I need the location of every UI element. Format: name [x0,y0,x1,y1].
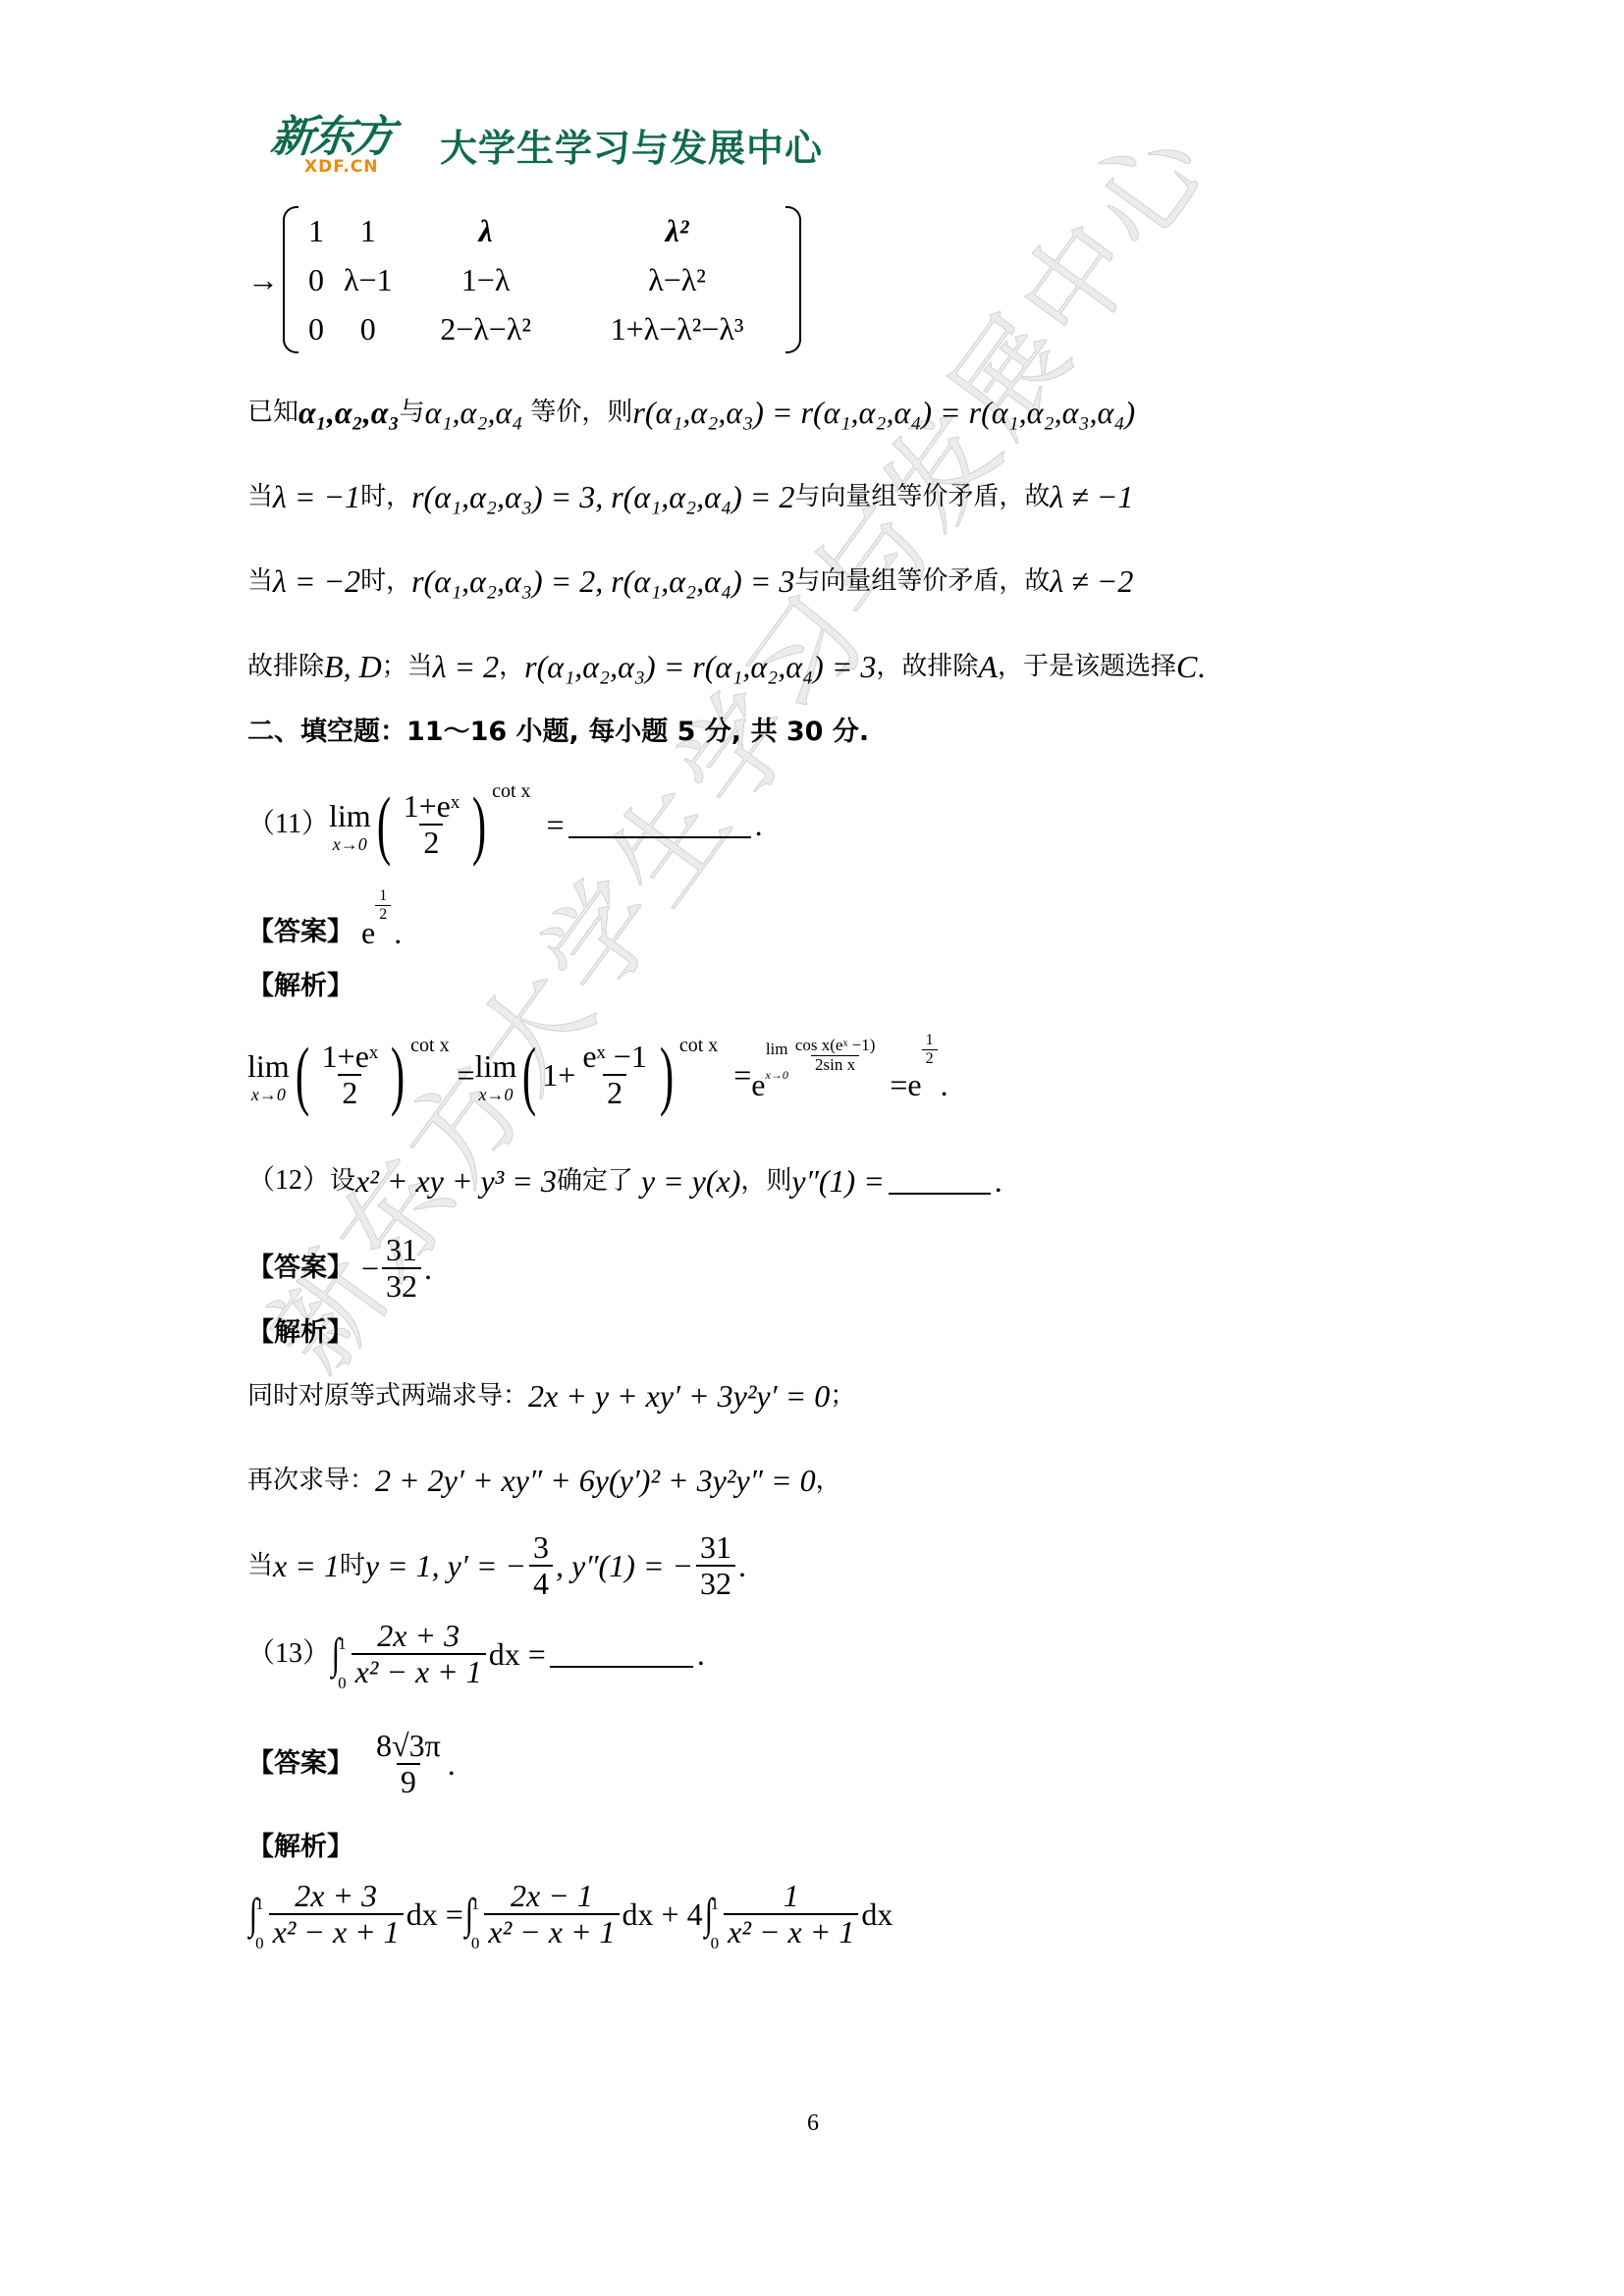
exponent: cot x [410,1026,449,1065]
text: 时， [360,477,411,516]
formula: dx = [406,1895,463,1934]
text: . [394,913,402,952]
fraction: 1 x² − x + 1 [724,1879,858,1949]
text: ，则 [740,1161,791,1201]
text: e [751,1065,765,1104]
analysis-label: 【解析】 [247,1313,353,1353]
text: 等价，则 [530,393,632,432]
equals: = [458,1055,475,1095]
equals: = [547,805,565,844]
formula: 2x + y + xy′ + 3y²y′ = 0 [528,1376,830,1415]
matrix-cell: 2−λ−λ² [403,304,569,353]
fraction: 31 32 [696,1530,735,1601]
q12-analysis-label: 【解析】 [247,1313,353,1353]
matrix-row: 1 1 λ λ² [298,206,785,255]
fraction: 2x + 3 x² − x + 1 [269,1879,404,1949]
text: 确定了 [557,1161,633,1201]
section-title: 二、填空题：11～16 小题, 每小题 5 分, 共 30 分. [247,713,869,752]
text: 时 [340,1546,365,1585]
text: . [424,1249,432,1288]
exponent: cot x [492,772,530,811]
fraction: 1+eˣ 2 [318,1040,383,1110]
question-11: （11） lim x→0 ( 1+eˣ 2 ) cot x = . [247,775,763,874]
matrix-cell: 1 [334,206,403,255]
text: 已知 [247,393,298,432]
right-paren: ) [391,1037,405,1113]
numerator: 31 [382,1233,421,1267]
limit: lim x→0 [475,1046,517,1103]
formula: y = y(x) [641,1161,741,1201]
fraction: 3 4 [529,1530,553,1601]
numerator: 1+eˣ [318,1040,383,1074]
denominator: 32 [696,1565,735,1601]
denominator: 2 [419,824,443,860]
numerator: 1 [922,1032,938,1049]
header-title: 大学生学习与发展中心 [440,118,823,172]
fraction: eˣ −1 2 [578,1040,651,1110]
text: 设 [330,1161,355,1201]
formula: C [1176,647,1197,686]
conclusion-line: 故排除 B, D ；当 λ = 2 ， r(α₁,α₂,α₃) = r(α₁,α… [247,647,1205,686]
xdf-logo-mark: 新东方 XDF.CN [271,114,418,177]
integral-icon: ∫ [465,1895,473,1934]
logo-english: XDF.CN [304,157,379,177]
text: ，于是该题选择 [998,647,1176,686]
fraction: 8√3π 9 [372,1729,445,1799]
numerator: eˣ −1 [578,1040,651,1074]
limit: lim x→0 [766,1030,788,1081]
lim-subscript: x→0 [766,1069,788,1081]
text: 与 [400,393,425,432]
text: ； [830,1376,855,1415]
numerator: cos x(eˣ −1) [791,1037,880,1055]
answer-label: 【答案】 [247,1744,353,1784]
formula: r(α₁,α₂,α₃) = 2, r(α₁,α₂,α₄) = 3 [411,561,794,601]
matrix-cell: λ−1 [334,255,403,304]
numerator: 2x + 3 [373,1619,463,1653]
text: 时， [360,561,411,601]
analysis-label: 【解析】 [247,967,353,1006]
fraction: cos x(eˣ −1) 2sin x [791,1037,880,1074]
right-paren: ) [472,786,486,863]
q13-analysis-label: 【解析】 [247,1828,353,1867]
text: ；当 [382,647,433,686]
logo-chinese: 新东方 [268,114,420,161]
question-number: （12） [247,1161,330,1201]
text: 再次求导： [247,1461,375,1500]
formula: dx + 4 [623,1895,703,1934]
matrix-cell: 1 [298,206,334,255]
q11-solution: lim x→0 ( 1+eˣ 2 ) cot x = lim x→0 ( 1+ … [247,1026,948,1124]
answer-label: 【答案】 [247,1249,353,1288]
fraction: 2x + 3 x² − x + 1 [352,1619,486,1689]
formula: A [978,647,998,686]
denominator: 2 [922,1049,938,1068]
document-page: 新东方大学生学习与发展中心 新东方 XDF.CN 大学生学习与发展中心 → 1 … [0,0,1624,2296]
text: 当 [247,561,273,601]
question-12: （12） 设 x² + xy + y³ = 3 确定了 y = y(x) ，则 … [247,1161,1002,1201]
denominator: 2sin x [811,1055,859,1075]
answer-blank [550,1640,693,1668]
numerator: 1 [375,887,391,905]
answer-blank [568,811,751,838]
case-lambda-neg1: 当 λ = −1 时， r(α₁,α₂,α₃) = 3, r(α₁,α₂,α₄)… [247,477,1133,516]
answer-blank [889,1167,991,1195]
denominator: x² − x + 1 [484,1913,619,1949]
formula: λ = 2 [433,647,499,686]
integral-icon: ∫ [332,1634,340,1674]
formula: B, D [324,647,382,686]
formula: λ = −2 [273,561,360,601]
question-number: （13） [247,1634,330,1674]
formula: y = 1, [365,1546,440,1585]
formula: α₁,α₂,α₄ [425,393,523,432]
left-paren: ( [296,1037,309,1113]
denominator: 4 [529,1565,553,1601]
question-number: （11） [247,805,329,844]
left-paren: ( [522,1037,536,1113]
q12-step2: 再次求导： 2 + 2y′ + xy″ + 6y(y′)² + 3y²y″ = … [247,1461,841,1500]
lim-subscript: x→0 [478,1086,513,1103]
formula: α₁,α₂,α₃ [298,393,400,432]
matrix-cell: λ² [569,206,785,255]
section-heading: 二、填空题：11～16 小题, 每小题 5 分, 共 30 分. [247,713,869,752]
fraction: 2x − 1 x² − x + 1 [484,1879,619,1949]
numerator: 1 [780,1879,803,1913]
fraction: 31 32 [382,1233,421,1304]
text: . [995,1161,1002,1201]
denominator: 2 [375,905,391,924]
lim-text: lim [247,1046,290,1086]
formula: y″(1) = [791,1161,884,1201]
text: ， [816,1461,841,1500]
exponent-fraction: 1 2 [922,1032,938,1067]
formula: dx [861,1895,893,1934]
question-13: （13） ∫ 1 0 2x + 3 x² − x + 1 dx = . [247,1615,705,1693]
answer-value: e [361,913,375,952]
text: 当 [247,477,273,516]
text: 与向量组等价矛盾，故 [794,477,1050,516]
matrix-cell: 0 [298,304,334,353]
denominator: x² − x + 1 [352,1653,486,1689]
formula: λ = −1 [273,477,360,516]
formula: λ ≠ −2 [1050,561,1133,601]
matrix-cell: 0 [334,304,403,353]
arrow-icon: → [247,262,279,298]
matrix-cell: 1+λ−λ²−λ³ [569,304,785,353]
denominator: 9 [397,1763,420,1799]
integral-icon: ∫ [704,1895,712,1934]
q13-solution: ∫ 1 0 2x + 3 x² − x + 1 dx = ∫ 1 0 2x − … [247,1870,893,1958]
numerator: 3 [529,1530,553,1565]
numerator: 2x + 3 [291,1879,381,1913]
equals: = [890,1065,907,1104]
numerator: 1+eˣ [400,789,464,824]
text: 与向量组等价矛盾，故 [794,561,1050,601]
text: . [738,1546,746,1585]
text: . [755,805,763,844]
matrix-block: → 1 1 λ λ² 0 λ−1 1−λ λ−λ² 0 0 2−λ [247,206,801,353]
page-number: 6 [807,2110,819,2137]
formula: y′ = − [448,1546,526,1585]
text: 当 [247,1546,273,1585]
text: e [907,1065,921,1104]
lim-text: lim [329,796,371,835]
answer-label: 【答案】 [247,913,353,952]
numerator: 2x − 1 [507,1879,597,1913]
text: . [448,1744,456,1784]
text: ， [499,647,524,686]
denominator: 2 [603,1074,626,1110]
matrix-row: 0 λ−1 1−λ λ−λ² [298,255,785,304]
text: − [361,1249,379,1288]
limit: lim x→0 [329,796,371,853]
right-paren: ) [660,1037,674,1113]
formula: dx = [489,1634,546,1674]
fraction: 1+eˣ 2 [400,789,464,860]
analysis-label: 【解析】 [247,1828,353,1867]
formula: , y″(1) = − [556,1546,693,1585]
exponent-expression: lim x→0 cos x(eˣ −1) 2sin x [766,1030,883,1081]
exponent-fraction: 1 2 [375,887,391,923]
lim-text: lim [475,1046,517,1086]
matrix: 1 1 λ λ² 0 λ−1 1−λ λ−λ² 0 0 2−λ−λ² 1+λ−λ… [283,206,801,353]
denominator: x² − x + 1 [269,1913,404,1949]
denominator: 2 [338,1074,361,1110]
case-lambda-neg2: 当 λ = −2 时， r(α₁,α₂,α₃) = 2, r(α₁,α₂,α₄)… [247,561,1133,601]
equivalence-line: 已知 α₁,α₂,α₃ 与 α₁,α₂,α₄ 等价，则 r(α₁,α₂,α₃) … [247,393,1135,432]
formula: x = 1 [273,1546,340,1585]
text: 同时对原等式两端求导： [247,1376,528,1415]
text: 1+ [542,1055,575,1095]
q12-step1: 同时对原等式两端求导： 2x + y + xy′ + 3y²y′ = 0 ； [247,1376,855,1415]
matrix-cell: 1−λ [403,255,569,304]
formula: x² + xy + y³ = 3 [355,1161,557,1201]
numerator: 31 [696,1530,735,1565]
formula: 2 + 2y′ + xy″ + 6y(y′)² + 3y²y″ = 0 [375,1461,816,1500]
header-logo: 新东方 XDF.CN 大学生学习与发展中心 [271,114,823,177]
numerator: 8√3π [372,1729,445,1763]
lim-text: lim [766,1030,788,1069]
formula: r(α₁,α₂,α₃) = r(α₁,α₂,α₄) = r(α₁,α₂,α₃,α… [632,393,1135,432]
formula: λ ≠ −1 [1050,477,1133,516]
text: . [941,1065,948,1104]
integral-icon: ∫ [249,1895,257,1934]
q12-answer: 【答案】 − 31 32 . [247,1229,432,1308]
text: . [697,1634,705,1674]
q11-answer: 【答案】 e 1 2 . [247,913,402,952]
text: 故排除 [247,647,324,686]
text: ，故排除 [876,647,978,686]
matrix-cell: λ−λ² [569,255,785,304]
left-paren: ( [376,786,390,863]
exponent: cot x [679,1026,718,1065]
lim-subscript: x→0 [333,835,367,853]
q11-analysis-label: 【解析】 [247,967,353,1006]
denominator: x² − x + 1 [724,1913,858,1949]
formula: r(α₁,α₂,α₃) = 3, r(α₁,α₂,α₄) = 2 [411,477,794,516]
text: . [1197,647,1205,686]
matrix-row: 0 0 2−λ−λ² 1+λ−λ²−λ³ [298,304,785,353]
matrix-cell: 0 [298,255,334,304]
lim-subscript: x→0 [251,1086,286,1103]
formula: r(α₁,α₂,α₃) = r(α₁,α₂,α₄) = 3 [524,647,876,686]
q13-answer: 【答案】 8√3π 9 . [247,1720,456,1808]
equals: = [733,1055,751,1095]
limit: lim x→0 [247,1046,290,1103]
denominator: 32 [382,1267,421,1304]
matrix-cell: λ [403,206,569,255]
q12-step3: 当 x = 1 时 y = 1, y′ = − 3 4 , y″(1) = − … [247,1526,746,1605]
